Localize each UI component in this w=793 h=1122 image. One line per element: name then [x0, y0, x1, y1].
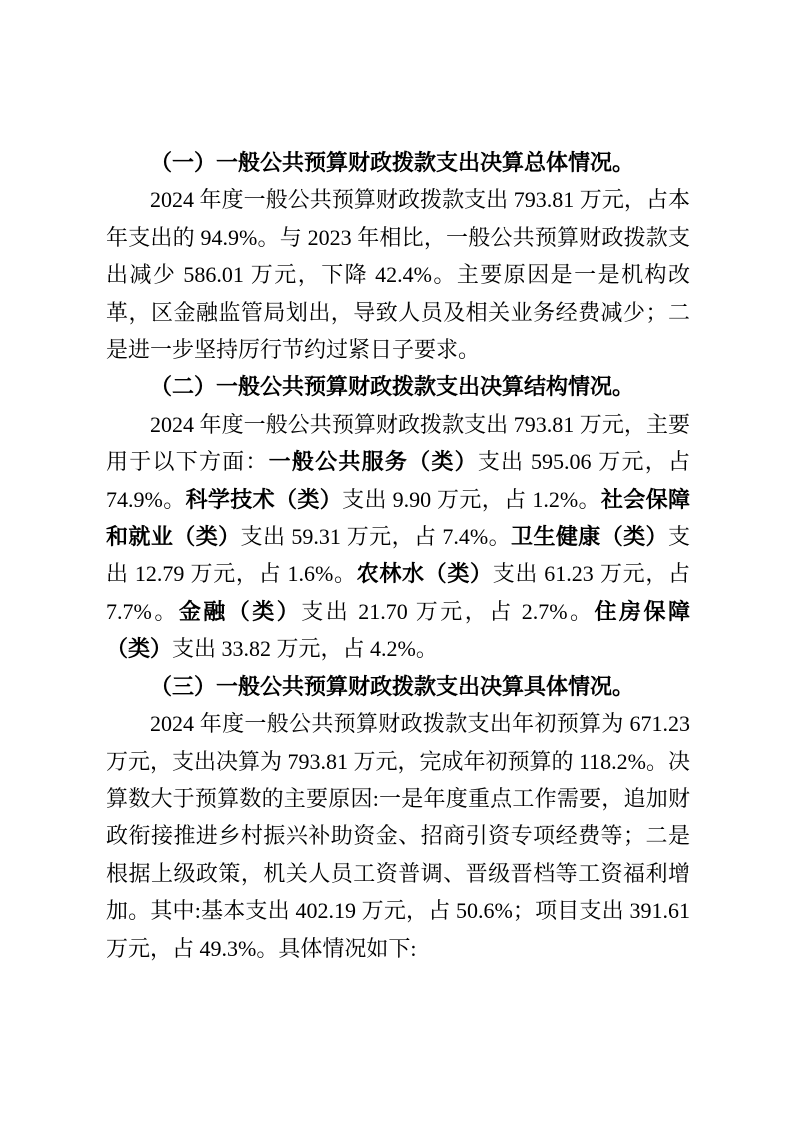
section-heading-1: （一）一般公共预算财政拨款支出决算总体情况。	[106, 144, 690, 181]
text-run: （一）一般公共预算财政拨款支出决算总体情况。	[150, 150, 634, 175]
text-run: 卫生健康（类）	[511, 524, 668, 549]
paragraph-overall: 2024 年度一般公共预算财政拨款支出 793.81 万元，占本年支出的 94.…	[106, 181, 690, 368]
text-run: 一般公共服务（类）	[269, 449, 478, 474]
text-run: 科学技术（类）	[186, 487, 343, 512]
text-run: （三）一般公共预算财政拨款支出决算具体情况。	[150, 674, 634, 699]
text-run: （二）一般公共预算财政拨款支出决算结构情况。	[150, 374, 634, 399]
text-run: 2024 年度一般公共预算财政拨款支出年初预算为 671.23 万元，支出决算为…	[106, 711, 690, 960]
text-run: 2024 年度一般公共预算财政拨款支出 793.81 万元，占本年支出的 94.…	[106, 187, 690, 362]
text-run: 农林水（类）	[357, 561, 493, 586]
text-run: 支出 59.31 万元，占 7.4%。	[241, 524, 511, 549]
document-page: （一）一般公共预算财政拨款支出决算总体情况。2024 年度一般公共预算财政拨款支…	[0, 0, 793, 1122]
text-run: 支出 9.90 万元，占 1.2%。	[342, 487, 601, 512]
section-heading-3: （三）一般公共预算财政拨款支出决算具体情况。	[106, 668, 690, 705]
section-heading-2: （二）一般公共预算财政拨款支出决算结构情况。	[106, 368, 690, 405]
paragraph-structure: 2024 年度一般公共预算财政拨款支出 793.81 万元，主要用于以下方面：一…	[106, 406, 690, 668]
text-run: 支出 33.82 万元，占 4.2%。	[172, 636, 438, 661]
text-run: 金融（类）	[179, 599, 301, 624]
text-run: 支出 21.70 万元，占 2.7%。	[301, 599, 594, 624]
document-content: （一）一般公共预算财政拨款支出决算总体情况。2024 年度一般公共预算财政拨款支…	[0, 0, 793, 967]
paragraph-detail: 2024 年度一般公共预算财政拨款支出年初预算为 671.23 万元，支出决算为…	[106, 705, 690, 967]
